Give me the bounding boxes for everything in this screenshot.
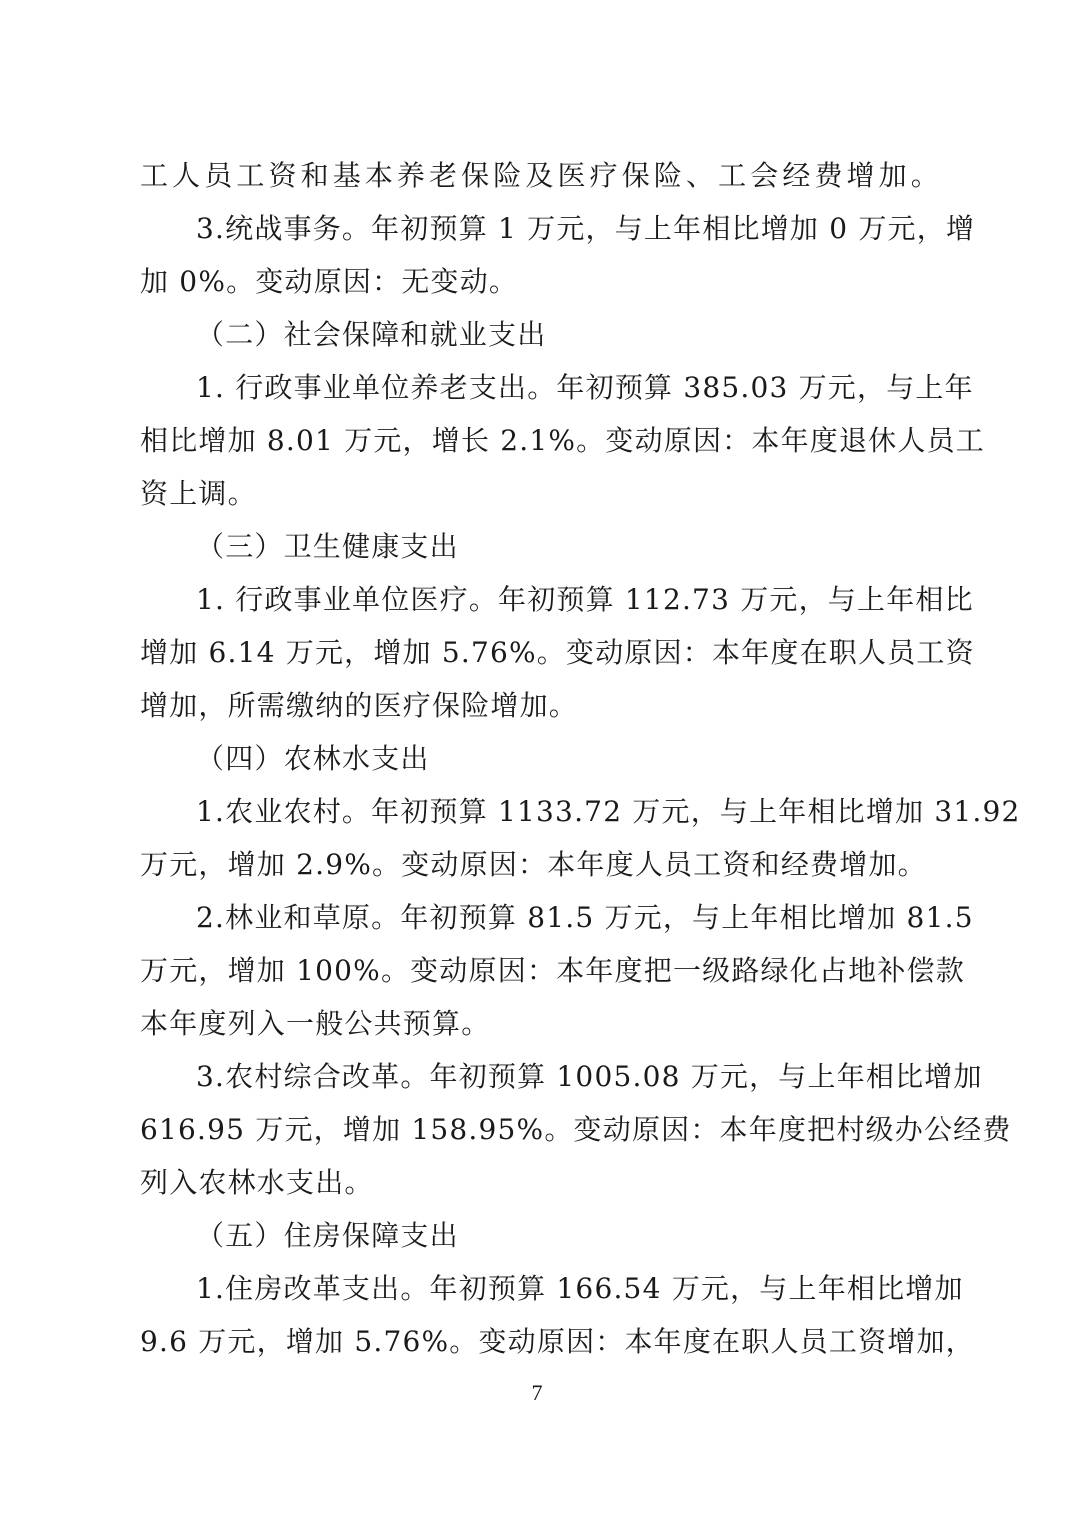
body-text-line: 加 0%。变动原因：无变动。 [140,264,940,300]
paragraph-housing-reform: 1.住房改革支出。年初预算 166.54 万元，与上年相比增加 [196,1271,940,1307]
body-text-line: 万元，增加 100%。变动原因：本年度把一级路绿化占地补偿款 [140,953,940,989]
section-heading-health: （三）卫生健康支出 [196,529,996,565]
paragraph-united-front-affairs: 3.统战事务。年初预算 1 万元，与上年相比增加 0 万元，增 [196,211,940,247]
section-heading-social-security: （二）社会保障和就业支出 [196,317,996,353]
body-text-line: 相比增加 8.01 万元，增长 2.1%。变动原因：本年度退休人员工 [140,423,940,459]
body-text-line: 列入农林水支出。 [140,1165,940,1201]
paragraph-pension-expenditure: 1. 行政事业单位养老支出。年初预算 385.03 万元，与上年 [196,370,940,406]
page-number: 7 [0,1380,1074,1406]
body-text-line: 万元，增加 2.9%。变动原因：本年度人员工资和经费增加。 [140,847,940,883]
paragraph-medical-expenditure: 1. 行政事业单位医疗。年初预算 112.73 万元，与上年相比 [196,582,940,618]
document-page: 工人员工资和基本养老保险及医疗保险、工会经费增加。 3.统战事务。年初预算 1 … [0,0,1074,1520]
body-text-line: 增加 6.14 万元，增加 5.76%。变动原因：本年度在职人员工资 [140,635,940,671]
body-text-line: 增加，所需缴纳的医疗保险增加。 [140,688,940,724]
body-text-line: 工人员工资和基本养老保险及医疗保险、工会经费增加。 [140,158,940,194]
body-text-line: 9.6 万元，增加 5.76%。变动原因：本年度在职人员工资增加， [140,1324,940,1360]
paragraph-agriculture-rural: 1.农业农村。年初预算 1133.72 万元，与上年相比增加 31.92 [196,794,940,830]
section-heading-agriculture: （四）农林水支出 [196,741,996,777]
paragraph-rural-reform: 3.农村综合改革。年初预算 1005.08 万元，与上年相比增加 [196,1059,940,1095]
section-heading-housing: （五）住房保障支出 [196,1218,996,1254]
body-text-line: 本年度列入一般公共预算。 [140,1006,940,1042]
paragraph-forestry-grassland: 2.林业和草原。年初预算 81.5 万元，与上年相比增加 81.5 [196,900,940,936]
body-text-line: 资上调。 [140,476,940,512]
body-text-line: 616.95 万元，增加 158.95%。变动原因：本年度把村级办公经费 [140,1112,940,1148]
